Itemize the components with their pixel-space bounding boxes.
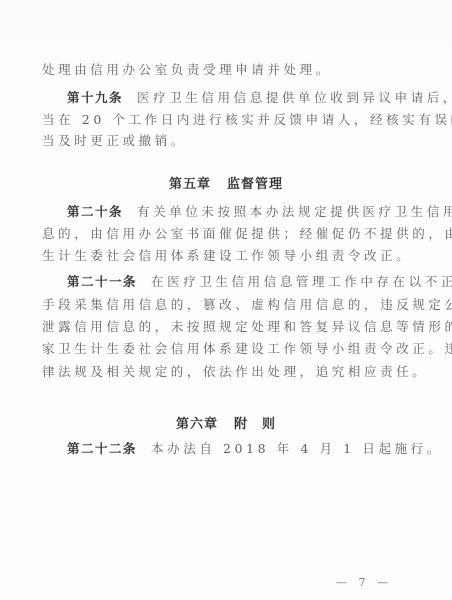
paragraph-line: 泄露信用信息的，未按照规定处理和答复异议信息等情形的，由国: [42, 319, 402, 335]
article-22-heading-line: 第二十二条本办法自 2018 年 4 月 1 日起施行。: [67, 441, 427, 457]
chapter-title: 附 则: [234, 417, 276, 432]
article-label: 第二十条: [67, 204, 123, 219]
article-text: 本办法自 2018 年 4 月 1 日起施行。: [151, 441, 443, 456]
document-page: 处理由信用办公室负责受理申请并处理。 第十九条医疗卫生信用信息提供单位收到异议申…: [0, 0, 452, 600]
page-number: — 7 —: [336, 576, 392, 589]
paragraph-line: 律法规及相关规定的，依法作出处理，追究相应责任。: [42, 364, 402, 380]
article-20-heading-line: 第二十条有关单位未按照本办法规定提供医疗卫生信用信: [67, 204, 427, 220]
chapter-number: 第五章: [169, 177, 211, 192]
article-21-heading-line: 第二十一条在医疗卫生信用信息管理工作中存在以不正当: [67, 274, 427, 290]
article-label: 第二十二条: [67, 441, 137, 456]
paragraph-line: 生计生委社会信用体系建设工作领导小组责令改正。: [42, 248, 402, 264]
paragraph-line: 手段采集信用信息的，篡改、虚构信用信息的，违反规定公开或者: [42, 297, 402, 313]
paragraph-line: 处理由信用办公室负责受理申请并处理。: [42, 62, 402, 78]
paragraph-line: 当及时更正或撤销。: [42, 133, 402, 149]
article-text: 医疗卫生信用信息提供单位收到异议申请后，应: [137, 90, 452, 105]
paragraph-line: 息的，由信用办公室书面催促提供；经催促仍不提供的，由国家卫: [42, 226, 402, 242]
article-19-heading-line: 第十九条医疗卫生信用信息提供单位收到异议申请后，应: [67, 90, 427, 106]
article-text: 有关单位未按照本办法规定提供医疗卫生信用信: [137, 204, 452, 219]
article-text: 在医疗卫生信用信息管理工作中存在以不正当: [151, 274, 452, 289]
paragraph-line: 家卫生计生委社会信用体系建设工作领导小组责令改正。违反法: [42, 341, 402, 357]
chapter-heading: 第六章附 则: [0, 417, 452, 433]
chapter-title: 监督管理: [227, 177, 283, 192]
chapter-heading: 第五章监督管理: [0, 177, 452, 193]
paragraph-line: 当在 20 个工作日内进行核实并反馈申请人，经核实有误的信息应: [42, 112, 402, 128]
article-label: 第十九条: [67, 90, 123, 105]
article-label: 第二十一条: [67, 274, 137, 289]
chapter-number: 第六章: [176, 417, 218, 432]
